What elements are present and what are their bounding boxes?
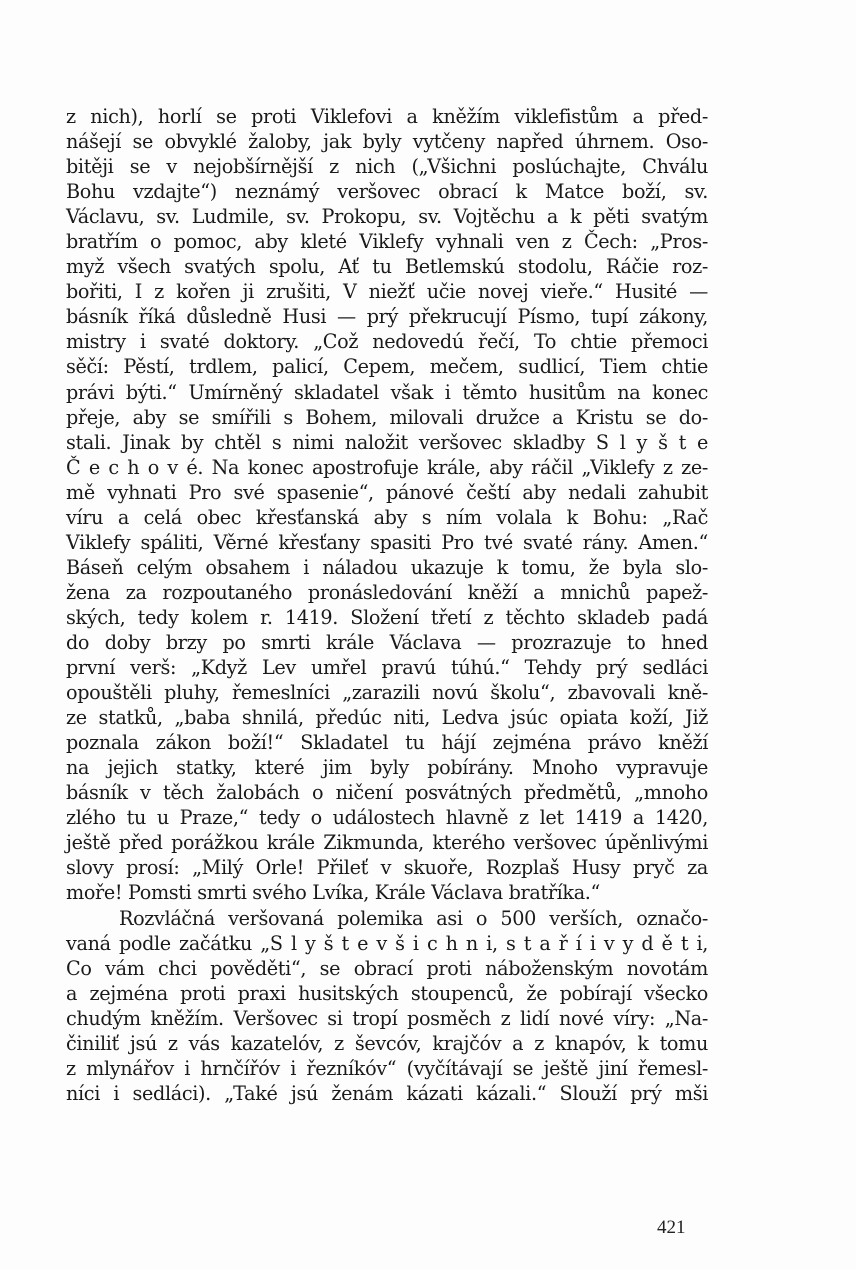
text-line: Co vám chci pověděti“, se obrací proti n… [66,956,708,981]
text-line: první verš: „Když Lev umřel pravú túhú.“… [66,655,708,680]
text-line: ských, tedy kolem r. 1419. Složení třetí… [66,605,708,630]
text-line: sěčí: Pěstí, trdlem, palicí, Cepem, meče… [66,354,708,379]
text-line: žena za rozpoutaného pronásledování kněž… [66,580,708,605]
text-line: ze statků, „baba shnilá, předúc niti, Le… [66,705,708,730]
text-line: vaná podle začátku „S l y š t e v š i c … [66,931,708,956]
text-line: níci i sedláci). „Také jsú ženám kázati … [66,1081,708,1106]
book-page: z nich), horlí se proti Viklefovi a kněž… [0,0,856,1270]
paragraph-start-line: Rozvláčná veršovaná polemika asi o 500 v… [66,906,708,931]
text-line: Č e c h o v é. Na konec apostrofuje král… [66,455,708,480]
text-line: do doby brzy po smrti krále Václava — pr… [66,630,708,655]
text-line: a zejména proti praxi husitských stoupen… [66,981,708,1006]
text-line: poznala zákon boží!“ Skladatel tu hájí z… [66,730,708,755]
body-text: z nich), horlí se proti Viklefovi a kněž… [66,104,708,1106]
text-line: zlého tu u Praze,“ tedy o událostech hla… [66,805,708,830]
text-line: Báseň celým obsahem i náladou ukazuje k … [66,555,708,580]
text-line: bratřím o pomoc, aby kleté Viklefy vyhna… [66,229,708,254]
page-number: 421 [657,1217,686,1239]
text-line: Viklefy spáliti, Věrné křesťany spasiti … [66,530,708,555]
text-line: opouštěli pluhy, řemeslníci „zarazili no… [66,680,708,705]
text-line: chudým kněžím. Veršovec si tropí posměch… [66,1006,708,1031]
text-line: Bohu vzdajte“) neznámý veršovec obrací k… [66,179,708,204]
text-line: Václavu, sv. Ludmile, sv. Prokopu, sv. V… [66,204,708,229]
text-line: na jejich statky, které jim byly pobírán… [66,755,708,780]
text-line: víru a celá obec křesťanská aby s ním vo… [66,505,708,530]
text-line: právi býti.“ Umírněný skladatel však i t… [66,380,708,405]
text-line: básník říká důsledně Husi — prý překrucu… [66,304,708,329]
text-line: myž všech svatých spolu, Ať tu Betlemskú… [66,254,708,279]
text-line: bitěji se v nejobšírnější z nich („Všich… [66,154,708,179]
text-line: mistry i svaté doktory. „Což nedovedú ře… [66,329,708,354]
text-line: přeje, aby se smířili s Bohem, milovali … [66,405,708,430]
text-line: nášejí se obvyklé žaloby, jak byly vytče… [66,129,708,154]
text-line: ještě před porážkou krále Zikmunda, kter… [66,830,708,855]
text-line: moře! Pomsti smrti svého Lvíka, Krále Vá… [66,880,708,905]
text-line: slovy prosí: „Milý Orle! Přileť v skuoře… [66,855,708,880]
text-line: z mlynářov i hrnčířóv i řezníkóv“ (vyčít… [66,1056,708,1081]
text-line: básník v těch žalobách o ničení posvátný… [66,780,708,805]
text-line: z nich), horlí se proti Viklefovi a kněž… [66,104,708,129]
text-line: mě vyhnati Pro své spasenie“, pánové češ… [66,480,708,505]
text-line: stali. Jinak by chtěl s nimi naložit ver… [66,430,708,455]
text-line: bořiti, I z kořen ji zrušiti, V niežť uč… [66,279,708,304]
text-line: činiliť jsú z vás kazatelóv, z ševcóv, k… [66,1031,708,1056]
